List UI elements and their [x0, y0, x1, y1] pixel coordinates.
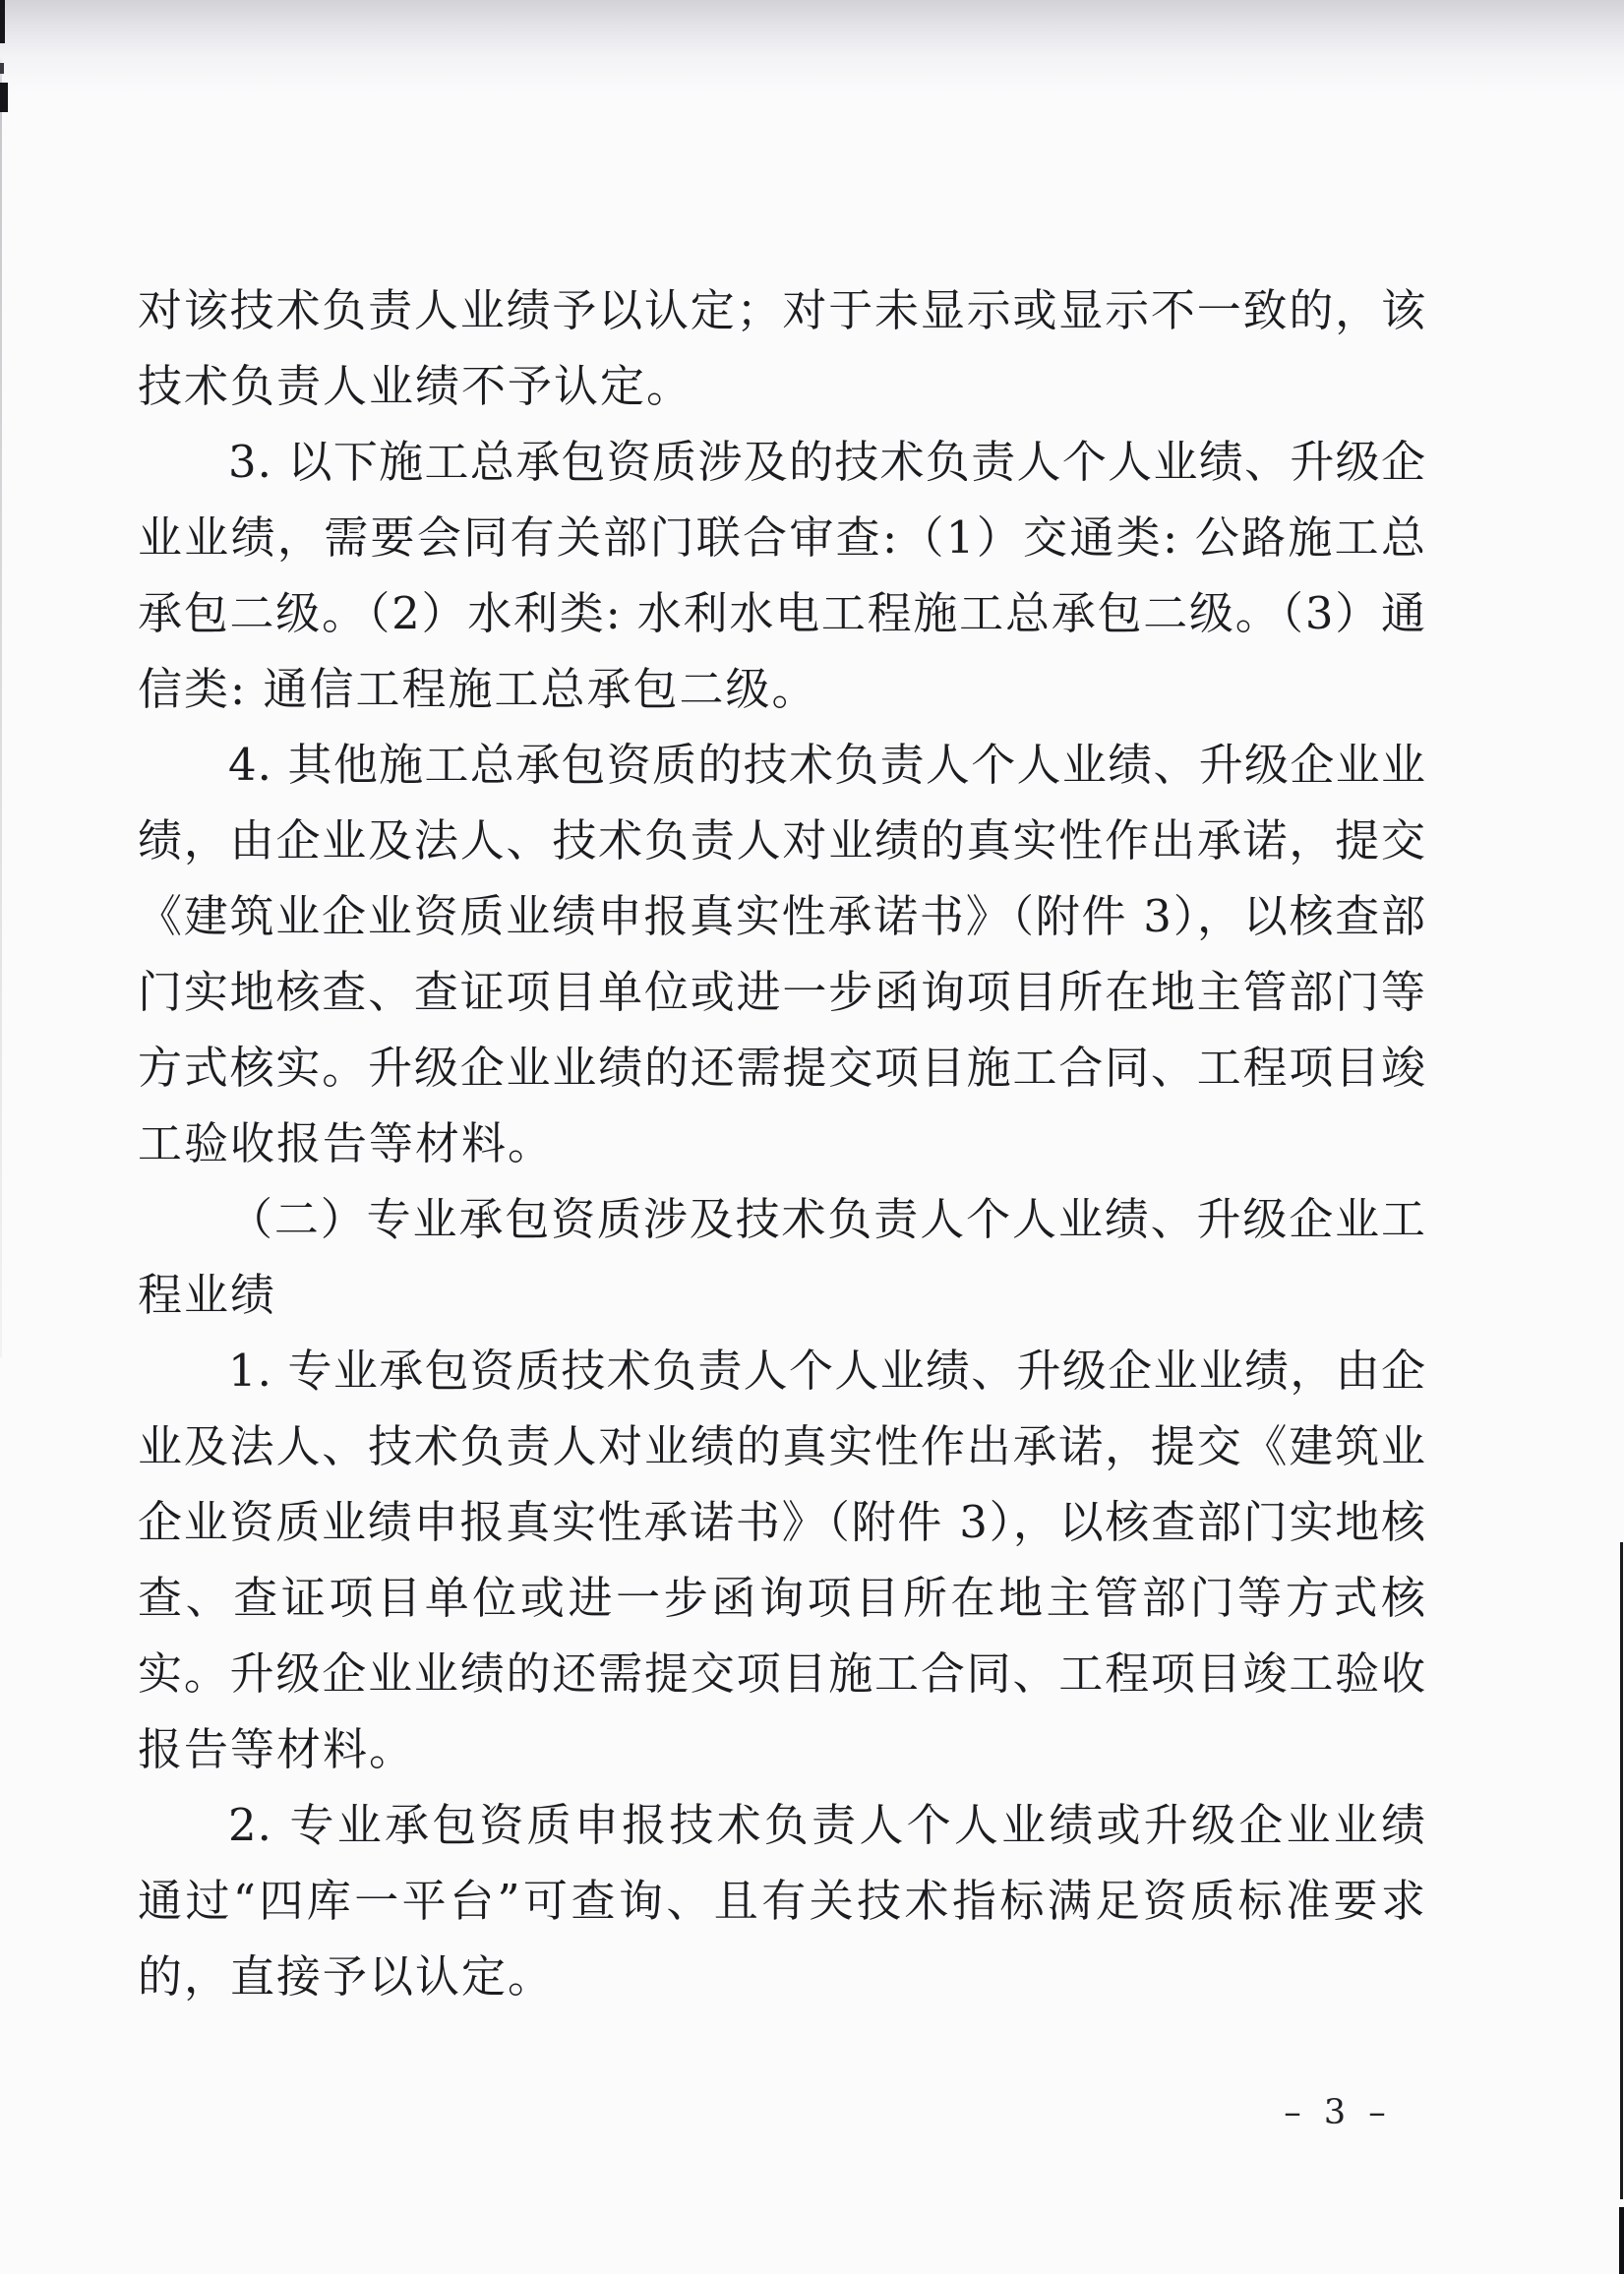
scan-artifact-left-line [0, 0, 2, 1357]
scan-artifact-left-dash [0, 63, 4, 74]
text-line: 门实地核查、查证项目单位或进一步函询项目所在地主管部门等 [138, 954, 1426, 1030]
body-text: 对该技术负责人业绩予以认定；对于未显示或显示不一致的，该技术负责人业绩不予认定。… [138, 272, 1426, 2014]
scan-artifact-left-block [0, 83, 8, 112]
text-line: 企业资质业绩申报真实性承诺书》（附件 3），以核查部门实地核 [138, 1484, 1426, 1560]
text-line: 对该技术负责人业绩予以认定；对于未显示或显示不一致的，该 [138, 272, 1426, 348]
text-line: 业业绩，需要会同有关部门联合审查:（1）交通类: 公路施工总 [138, 500, 1426, 575]
scan-artifact-right-line-end [1619, 2207, 1624, 2274]
scan-shadow-top [0, 0, 1624, 93]
scan-artifact-right-line [1620, 1542, 1623, 2199]
page-number: – 3 – [1274, 2093, 1402, 2132]
text-line: 承包二级。（2）水利类: 水利水电工程施工总承包二级。（3）通 [138, 575, 1426, 651]
text-line: 信类: 通信工程施工总承包二级。 [138, 651, 1426, 727]
text-line: （二）专业承包资质涉及技术负责人个人业绩、升级企业工 [138, 1181, 1426, 1257]
text-line: 通过“四库一平台”可查询、且有关技术指标满足资质标准要求 [138, 1863, 1426, 1939]
text-line: 工验收报告等材料。 [138, 1106, 1426, 1181]
text-line: 方式核实。升级企业业绩的还需提交项目施工合同、工程项目竣 [138, 1030, 1426, 1106]
text-line: 1. 专业承包资质技术负责人个人业绩、升级企业业绩，由企 [138, 1333, 1426, 1408]
text-line: 的，直接予以认定。 [138, 1939, 1426, 2014]
scanned-document-page: 对该技术负责人业绩予以认定；对于未显示或显示不一致的，该技术负责人业绩不予认定。… [0, 0, 1624, 2274]
text-line: 技术负责人业绩不予认定。 [138, 348, 1426, 424]
text-line: 程业绩 [138, 1257, 1426, 1333]
text-line: 实。升级企业业绩的还需提交项目施工合同、工程项目竣工验收 [138, 1636, 1426, 1711]
text-line: 报告等材料。 [138, 1711, 1426, 1787]
text-line: 3. 以下施工总承包资质涉及的技术负责人个人业绩、升级企 [138, 424, 1426, 500]
text-line: 《建筑业企业资质业绩申报真实性承诺书》（附件 3），以核查部 [138, 878, 1426, 954]
text-line: 业及法人、技术负责人对业绩的真实性作出承诺，提交《建筑业 [138, 1408, 1426, 1484]
scan-artifact-topleft-bar [0, 0, 5, 43]
text-line: 2. 专业承包资质申报技术负责人个人业绩或升级企业业绩 [138, 1787, 1426, 1863]
text-line: 查、查证项目单位或进一步函询项目所在地主管部门等方式核 [138, 1560, 1426, 1636]
text-line: 4. 其他施工总承包资质的技术负责人个人业绩、升级企业业 [138, 727, 1426, 803]
text-line: 绩，由企业及法人、技术负责人对业绩的真实性作出承诺，提交 [138, 803, 1426, 878]
